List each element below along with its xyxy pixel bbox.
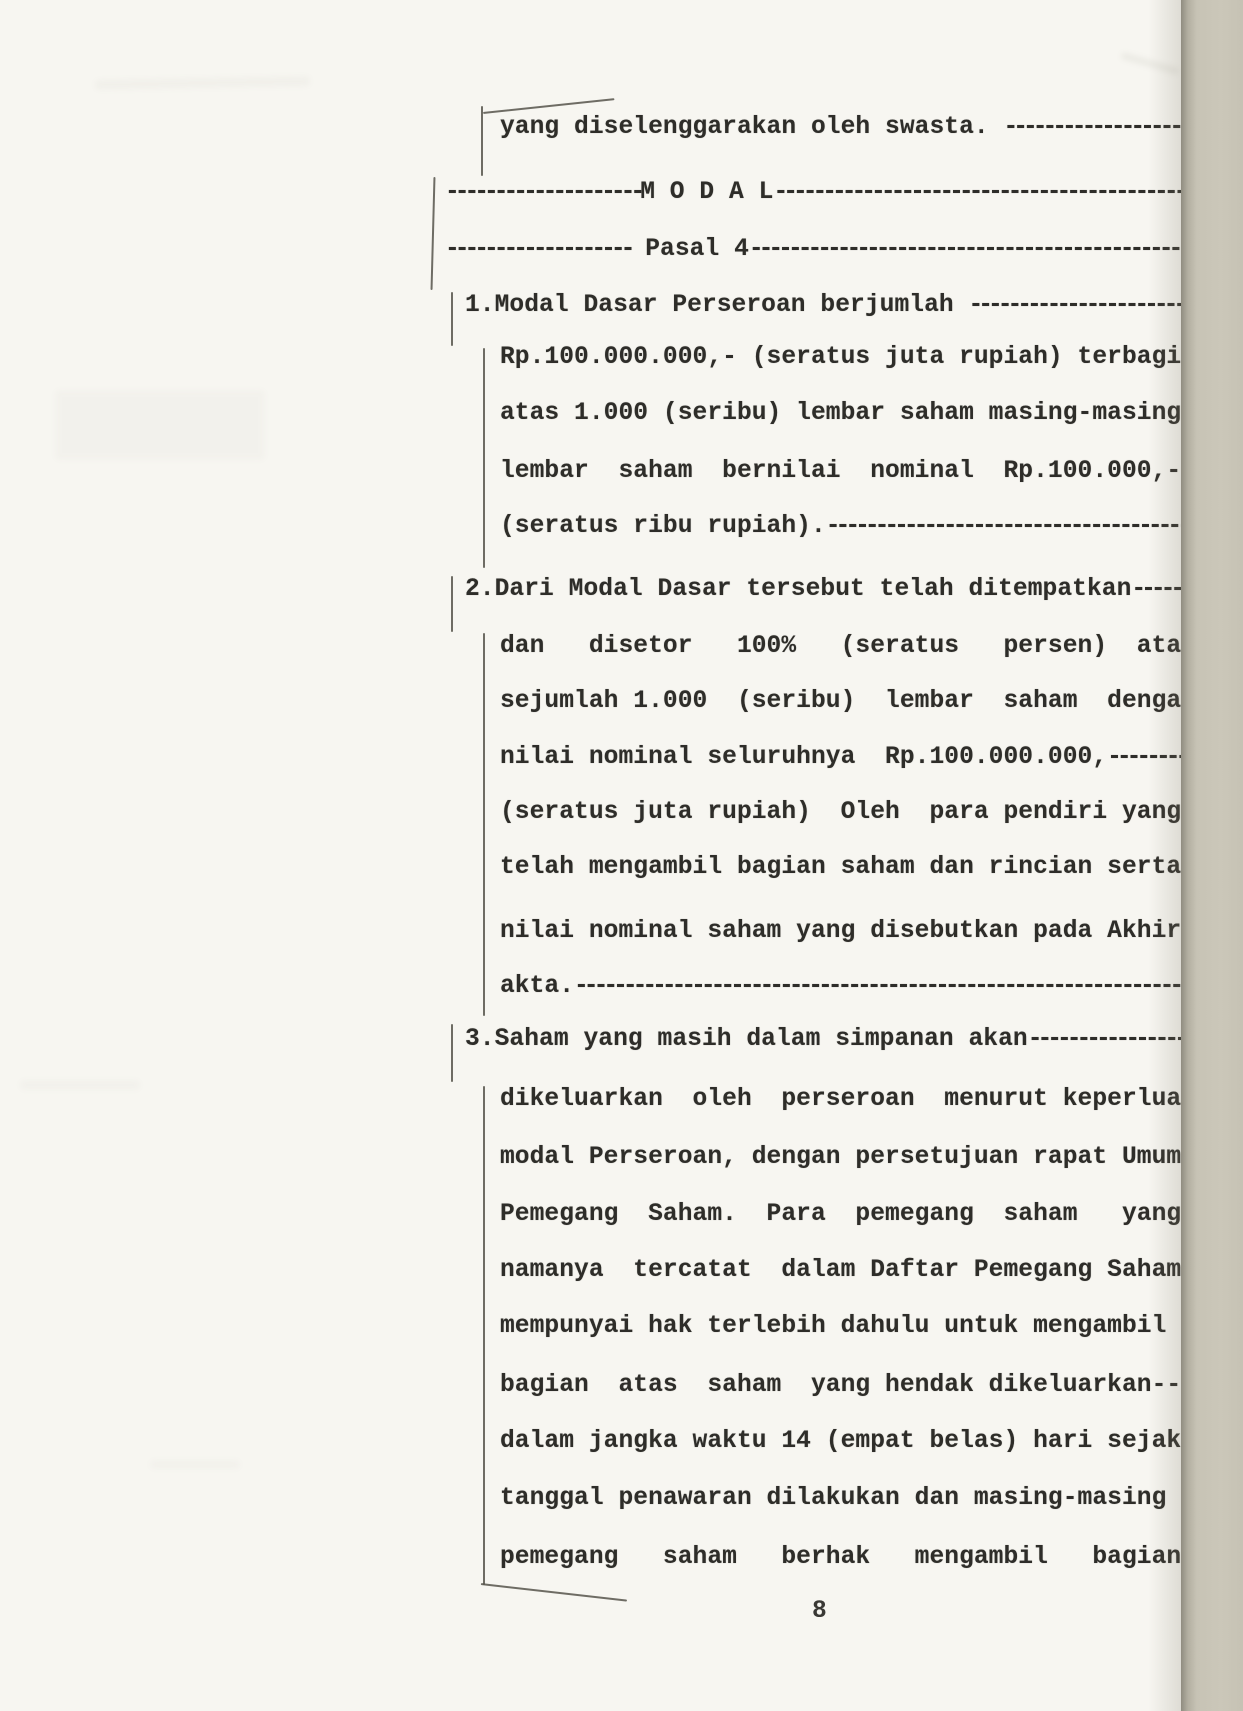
text-line: dalam jangka waktu 14 (empat belas) hari… — [500, 1428, 1181, 1455]
dash-fill: ----------------------------------------… — [574, 973, 1199, 1000]
dash-fill: -------------------- — [445, 179, 640, 206]
content-rule-2 — [483, 633, 485, 1016]
text-line: telah mengambil bagian saham dan rincian… — [500, 854, 1181, 881]
text-line: yang diselenggarakan oleh swasta. ------… — [500, 114, 1199, 141]
scan-artifact — [20, 1080, 140, 1090]
text-line: (seratus ribu rupiah).------------------… — [500, 513, 1216, 540]
text-line: bagian atas saham yang hendak dikeluarka… — [500, 1372, 1181, 1399]
text-line: nilai nominal seluruhnya Rp.100.000.000,… — [500, 744, 1224, 771]
content-rule-1 — [483, 348, 485, 568]
scan-artifact — [95, 76, 310, 90]
text-line: atas 1.000 (seribu) lembar saham masing-… — [500, 400, 1181, 427]
text-line: lembar saham bernilai nominal Rp.100.000… — [500, 458, 1196, 485]
page-edge-strip — [1181, 0, 1243, 1711]
text-line: Pemegang Saham. Para pemegang saham yang — [500, 1201, 1181, 1228]
content-rule-3 — [483, 1086, 485, 1585]
page-number: 8 — [812, 1598, 827, 1625]
text-line: sejumlah 1.000 (seribu) lembar saham den… — [500, 688, 1196, 715]
item1-marker-rule — [451, 292, 453, 346]
item3-marker-rule — [451, 1024, 453, 1082]
text-line: mempunyai hak terlebih dahulu untuk meng… — [500, 1313, 1166, 1340]
text-line: 1.Modal Dasar Perseroan berjumlah ------… — [465, 292, 1242, 319]
scanned-deed-page: yang diselenggarakan oleh swasta. ------… — [0, 0, 1243, 1711]
heading-margin-rule — [431, 177, 436, 290]
text-line: (seratus juta rupiah) Oleh para pendiri … — [500, 799, 1181, 826]
text-line: akta.-----------------------------------… — [500, 973, 1199, 1000]
bracket-vertical-mark — [481, 106, 483, 176]
dash-fill: ------------------- — [445, 236, 630, 263]
text-line: nilai nominal saham yang disebutkan pada… — [500, 918, 1181, 945]
text-line: pemegang saham berhak mengambil bagian — [500, 1544, 1181, 1571]
text-line: --------------------M O D A L-----------… — [445, 179, 1242, 206]
text-line: dikeluarkan oleh perseroan menurut keper… — [500, 1086, 1196, 1113]
page-edge-shadow — [1148, 0, 1182, 1711]
item2-marker-rule — [451, 576, 453, 632]
bracket-top-mark — [483, 98, 614, 114]
text-line: dan disetor 100% (seratus persen) atau — [500, 633, 1196, 660]
scan-artifact — [150, 1460, 240, 1469]
text-line: tanggal penawaran dilakukan dan masing-m… — [500, 1485, 1166, 1512]
text-line: modal Perseroan, dengan persetujuan rapa… — [500, 1144, 1181, 1171]
text-line: 2.Dari Modal Dasar tersebut telah ditemp… — [465, 576, 1229, 603]
scan-artifact — [55, 390, 265, 460]
text-line: Rp.100.000.000,- (seratus juta rupiah) t… — [500, 344, 1181, 371]
text-line: namanya tercatat dalam Daftar Pemegang S… — [500, 1257, 1181, 1284]
closing-bracket-mark — [481, 1583, 627, 1602]
text-line: ------------------- Pasal 4-------------… — [445, 236, 1217, 263]
text-line: 3.Saham yang masih dalam simpanan akan--… — [465, 1026, 1223, 1053]
